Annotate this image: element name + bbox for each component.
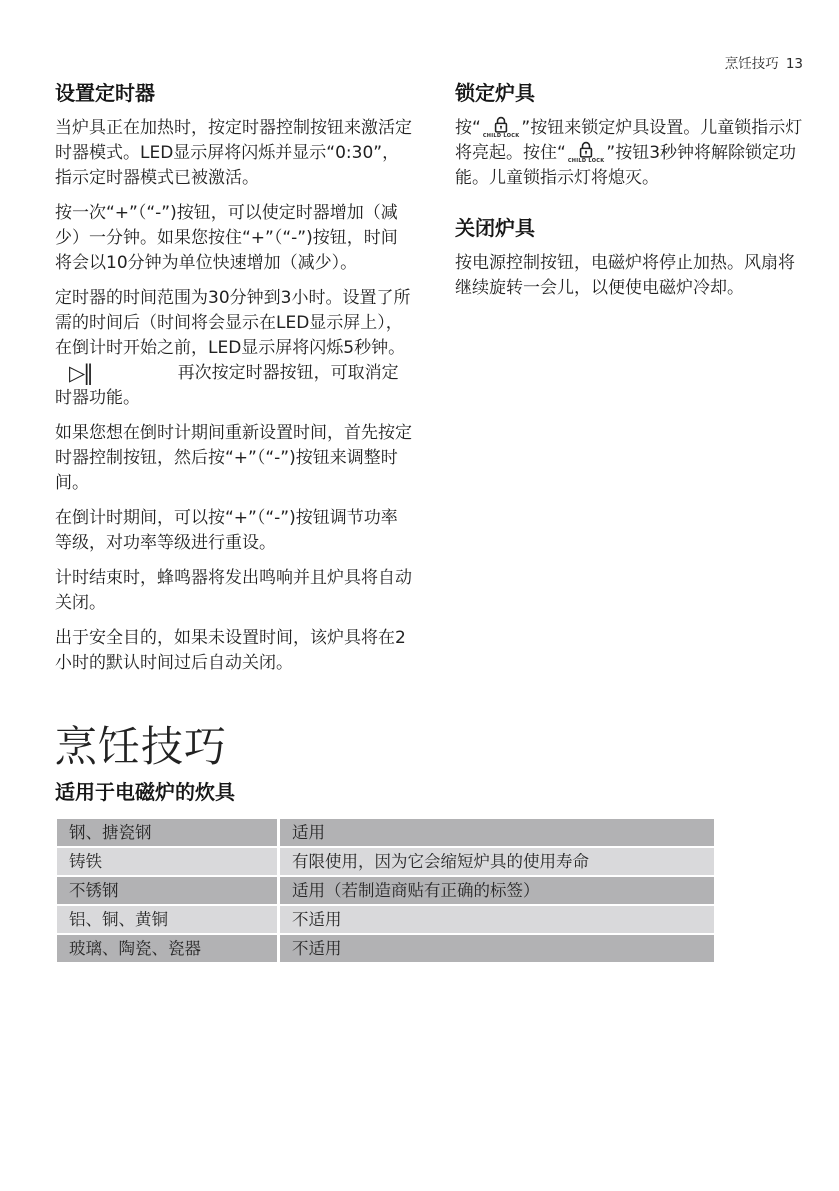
timer-paragraph-6: 计时结束时，蜂鸣器将发出鸣响并且炉具将自动关闭。 <box>55 566 412 616</box>
left-column: 设置定时器 当炉具正在加热时，按定时器控制按钮来激活定时器模式。LED显示屏将闪… <box>55 80 412 676</box>
child-lock-icon: CHILD LOCK <box>483 116 520 139</box>
material-cell: 玻璃、陶瓷、瓷器 <box>57 935 277 962</box>
page-number: 13 <box>786 56 803 72</box>
page-header-title: 烹饪技巧 <box>725 52 779 72</box>
padlock-glyph <box>493 116 509 133</box>
cookware-subtitle: 适用于电磁炉的炊具 <box>55 776 785 805</box>
timer-section-heading: 设置定时器 <box>55 80 412 106</box>
timer-paragraph-5: 在倒计时期间，可以按“+”（“-”)按钮调节功率等级，对功率等级进行重设。 <box>55 506 412 556</box>
table-row: 铝、铜、黄铜 不适用 <box>57 906 714 933</box>
padlock-glyph <box>578 141 594 158</box>
material-cell: 铝、铜、黄铜 <box>57 906 277 933</box>
material-cell: 铸铁 <box>57 848 277 875</box>
cooking-tips-title: 烹饪技巧 <box>55 722 785 772</box>
lock-paragraph-part1: 按“ <box>455 118 481 138</box>
lock-section-heading: 锁定炉具 <box>455 80 807 106</box>
timer-paragraph-3-after: 再次按定时器按钮，可取消定时器功能。 <box>55 363 399 408</box>
play-pause-icon: ▷‖ <box>69 363 92 384</box>
table-row: 不锈钢 适用（若制造商贴有正确的标签） <box>57 877 714 904</box>
suitability-cell: 不适用 <box>277 935 714 962</box>
off-paragraph: 按电源控制按钮，电磁炉将停止加热。风扇将继续旋转一会儿，以便使电磁炉冷却。 <box>455 251 807 301</box>
timer-paragraph-7: 出于安全目的，如果未设置时间，该炉具将在2小时的默认时间过后自动关闭。 <box>55 626 412 676</box>
table-row: 钢、搪瓷钢 适用 <box>57 819 714 846</box>
cooking-tips-section: 烹饪技巧 适用于电磁炉的炊具 钢、搪瓷钢 适用 铸铁 有限使用，因为它会缩短炉具… <box>55 722 785 962</box>
suitability-cell: 有限使用，因为它会缩短炉具的使用寿命 <box>277 848 714 875</box>
material-cell: 不锈钢 <box>57 877 277 904</box>
lock-paragraph: 按“CHILD LOCK”按钮来锁定炉具设置。儿童锁指示灯将亮起。按住“CHIL… <box>455 116 807 191</box>
child-lock-label: CHILD LOCK <box>568 159 605 164</box>
timer-paragraph-3: 定时器的时间范围为30分钟到3小时。设置了所需的时间后（时间将会显示在LED显示… <box>55 286 412 411</box>
child-lock-label: CHILD LOCK <box>483 134 520 139</box>
timer-paragraph-4: 如果您想在倒时计期间重新设置时间，首先按定时器控制按钮，然后按“+”（“-”)按… <box>55 421 412 496</box>
right-column: 锁定炉具 按“CHILD LOCK”按钮来锁定炉具设置。儿童锁指示灯将亮起。按住… <box>455 80 807 301</box>
table-row: 铸铁 有限使用，因为它会缩短炉具的使用寿命 <box>57 848 714 875</box>
cookware-table: 钢、搪瓷钢 适用 铸铁 有限使用，因为它会缩短炉具的使用寿命 不锈钢 适用（若制… <box>57 819 714 962</box>
material-cell: 钢、搪瓷钢 <box>57 819 277 846</box>
child-lock-icon: CHILD LOCK <box>568 141 605 164</box>
off-section-heading: 关闭炉具 <box>455 215 807 241</box>
timer-paragraph-1: 当炉具正在加热时，按定时器控制按钮来激活定时器模式。LED显示屏将闪烁并显示“0… <box>55 116 412 191</box>
timer-paragraph-3-before: 定时器的时间范围为30分钟到3小时。设置了所需的时间后（时间将会显示在LED显示… <box>55 288 410 358</box>
table-row: 玻璃、陶瓷、瓷器 不适用 <box>57 935 714 962</box>
suitability-cell: 不适用 <box>277 906 714 933</box>
timer-paragraph-2: 按一次“+”（“-”)按钮，可以使定时器增加（减少）一分钟。如果您按住“+”（“… <box>55 201 412 276</box>
page-header: 烹饪技巧 13 <box>725 52 803 72</box>
suitability-cell: 适用（若制造商贴有正确的标签） <box>277 877 714 904</box>
suitability-cell: 适用 <box>277 819 714 846</box>
